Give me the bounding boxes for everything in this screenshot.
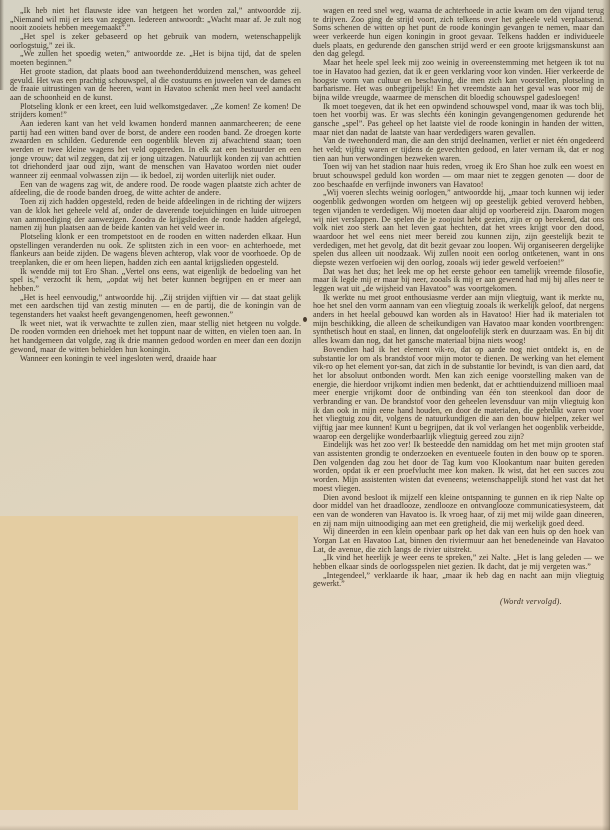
paragraph: „Wij voeren slechts weinig oorlogen,” an… (313, 189, 604, 267)
ink-speck (303, 317, 307, 322)
text-column-right: wagen en reed snel weg, waarna de achter… (313, 7, 604, 823)
paragraph: Eindelijk was het zoo ver! Ik besteedde … (313, 441, 604, 493)
paragraph: „Ik vind het heerlijk je weer eens te sp… (313, 554, 604, 571)
paragraph: Aan iederen kant van het veld kwamen hon… (10, 120, 301, 181)
paragraph: „Ik heb niet het flauwste idee van hetge… (10, 7, 301, 33)
paragraph: Dat was het dus; het leek me op het eers… (313, 268, 604, 294)
paragraph: Ik weet niet, wat ik verwachtte te zulle… (10, 320, 301, 355)
paragraph: wagen en reed snel weg, waarna de achter… (313, 7, 604, 59)
ink-speck (553, 406, 555, 408)
paragraph: „Het spel is zeker gebaseerd op het gebr… (10, 33, 301, 50)
blank-paper-block (0, 516, 298, 810)
paragraph: Plotseling klonk er een kreet, een luid … (10, 103, 301, 120)
text-column-left: „Ik heb niet het flauwste idee van hetge… (10, 7, 301, 485)
paragraph: Ik wendde mij tot Ero Shan. „Vertel ons … (10, 268, 301, 294)
paragraph: Maar het heele spel leek mij zoo weinig … (313, 59, 604, 102)
continuation-footer: (Wordt vervolgd). (313, 598, 604, 607)
paragraph: Van de tweehonderd man, die aan den stri… (313, 137, 604, 163)
paragraph: Het groote stadion, dat plaats bood aan … (10, 68, 301, 103)
magazine-page: „Ik heb niet het flauwste idee van hetge… (0, 0, 610, 830)
paragraph: Een van de wagens zag wit, de andere roo… (10, 181, 301, 198)
paragraph: Wanneer een koningin te veel ingesloten … (10, 355, 301, 364)
paragraph: „Het is heel eenvoudig,” antwoordde hij.… (10, 294, 301, 320)
paragraph: Toen wij van het stadion naar huis reden… (313, 163, 604, 189)
paragraph: Ik werkte nu met groot enthousiasme verd… (313, 294, 604, 346)
page-edge-shadow-bottom (0, 825, 610, 830)
page-edge-shadow-left (0, 0, 4, 90)
paragraph: Plotseling klonk er een trompetstoot en … (10, 233, 301, 268)
paragraph: „Integendeel,” verklaarde ik haar, „maar… (313, 572, 604, 589)
paragraph: Ik moet toegeven, dat ik het een opwinde… (313, 103, 604, 138)
paragraph: Toen zij zich hadden opgesteld, reden de… (10, 198, 301, 233)
paragraph: Wij dineerden in een klein openbaar park… (313, 528, 604, 554)
paragraph: Dien avond besloot ik mijzelf een kleine… (313, 494, 604, 529)
paragraph: Bovendien had ik het element vik-ro, dat… (313, 346, 604, 442)
paragraph: „We zullen het spoedig weten,” antwoordd… (10, 50, 301, 67)
